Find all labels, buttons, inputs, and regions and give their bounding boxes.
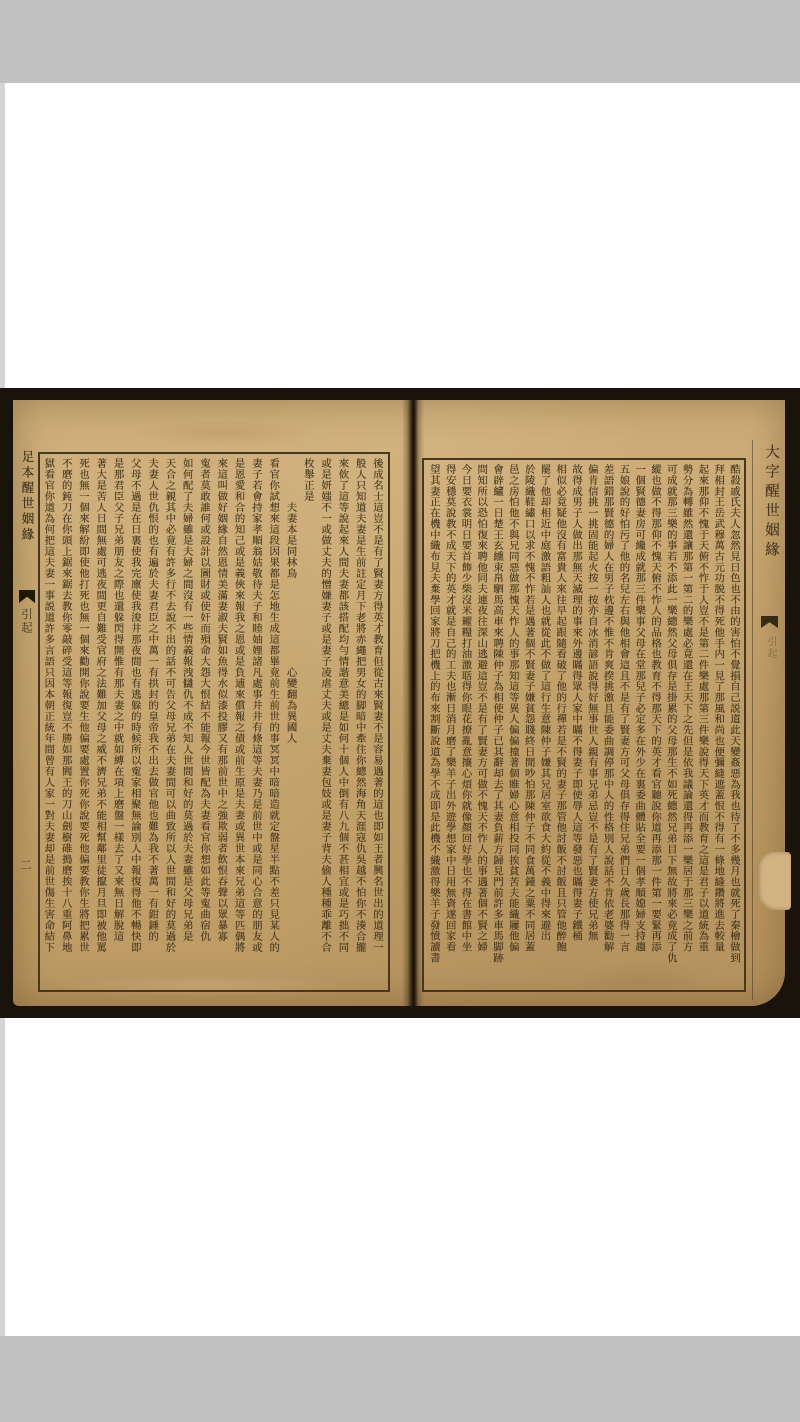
left-page-text: 後成名士這豈不是有了賢妻方得英才教育但從古來賢妻不是容易遇著的這也即如王者興名世…	[43, 458, 385, 986]
text-column: 著大是苦人日間無處可逃夜間更自難受官府之法難加父母之威不濟兄弟不能相幫鄰里徒攛月…	[91, 458, 108, 986]
series-title-right: 大字醒世姻緣	[761, 444, 782, 561]
text-column: 寃者莫敢誰何或設計以圖財或使奸而殞命大怨大恨結不能報今世皆配為夫妻看官你想如此等…	[195, 458, 212, 986]
text-column: 夫妻本是同林鳥 心變翻為異國人	[281, 458, 298, 986]
text-column: 一個賢德妻房可纔成就那三件樂事父母在堂那兒子必定多在外少在裏委曲體貼全要一個孝順…	[630, 464, 646, 986]
text-column: 罷了他却相近中庭激語粗訕人也就從此不做了這行生意陳仲子嫌其兄居室欲食大約從不義中…	[536, 464, 552, 986]
right-folio-column: 大字醒世姻緣 引起	[752, 440, 785, 1000]
chapter-label-right: 引起	[763, 636, 778, 660]
text-column: 來這叫做好姻緣自然恩情美滿妻淑夫賢如魚得水似漆投膠又有那前世中之強欺弱者飲恨吞聲…	[212, 458, 229, 986]
center-gutter-shadow	[402, 400, 424, 1006]
text-column: 可成就那三樂的事若不添此一樂總然父母俱存是掛累的父母那生不如死總然兄弟目下無故將…	[662, 464, 678, 986]
gray-band-top	[0, 0, 800, 83]
text-column: 偏肯信挑一挑固能起火按一按亦自冰消諺語說得好無事世人親有事兄弟忌豈不是有了賢妻方…	[583, 464, 599, 986]
text-column: 妻子若會持家孝順翁姑敬待夫子和睦妯娌諸凡處事井井有條這等夫妻乃是前世中或是同心合…	[247, 458, 264, 986]
text-column: 望其妻正在機中織布見夫棄學回家將刀把機上的布來割斷說道為學不成即是此機不織激得樂…	[425, 464, 441, 986]
page-number: 二	[20, 856, 32, 873]
right-page-frame: 酷殺戚氏夫人忽然見日色也不由的害怕不覺損自己説道此天變姦惡為我也待了不多幾月也就…	[422, 458, 746, 992]
text-column: 是恩愛和合的知己或是義俠來報我之恩或是負逋來償報之債或前生原是夫妻或異世本來兄弟…	[229, 458, 246, 986]
chapter-label-left: 引起	[19, 608, 35, 635]
book-paper: 足本醒世姻緣 引起 二 後成名士這豈不是有了賢妻方得英才教育但從古來賢妻不是容易…	[13, 400, 785, 1006]
paper-tear	[757, 852, 791, 910]
book-scan: 足本醒世姻緣 引起 二 後成名士這豈不是有了賢妻方得英才教育但從古來賢妻不是容易…	[0, 388, 800, 1018]
left-spine-column: 足本醒世姻緣 引起 二	[16, 444, 39, 1004]
text-column: 於陵織鞋繡口以求不愧不怍若是遇著個不賢妻子嫌貧怨賤終日閒吵怕那陳仲子不同食萬鍾之…	[520, 464, 536, 986]
text-column: 起來那仰不愧于天俯不怍于人豈不是第二件樂處那第三件樂說得天下英才而教育之這是君子…	[694, 464, 710, 986]
text-column: 獄看官你道為何把這夫妻一事説道許多言語只因本朝正統年間曾有人家一對夫妻却是前世傷…	[39, 458, 56, 986]
fishtail-mark	[761, 616, 778, 628]
text-column: 或是妍媸不一或做丈夫的憎嫌妻子或是妻子凌虐丈夫或是丈夫棄妻包妓或是妻子背夫偷人種…	[316, 458, 333, 986]
text-column: 父母不過是在日裏使我完廪使我浚井那夜間也有逃躲的時候所以寃家相聚無論別人中報復得…	[126, 458, 143, 986]
text-column: 天合之親其中必竟有許多行不去說不出的話不可告父母兄弟在夫妻間可以曲致所以人世間和…	[160, 458, 177, 986]
text-column: 不磨的鈍刀在你頭上鋸來鋸去教你零敲碎受這等報復豈不勝如那閻王的刀山劍樹碓搗磨挨十…	[56, 458, 73, 986]
text-column: 是那君臣父子兄弟朋友之際也還躲閃得開惟有那夫妻之中就如縛在項上磨盤一樣去了又來無…	[108, 458, 125, 986]
text-column: 來佽了這等說起來人間夫妻都該搭配均勻情諧意美總是如何十個人中倒有八九個不甚相宜或…	[333, 458, 350, 986]
text-column: 酷殺戚氏夫人忽然見日色也不由的害怕不覺損自己説道此天變姦惡為我也待了不多幾月也就…	[725, 464, 741, 986]
text-column: 縱也做不得那仰不愧天俯不怍人的品格也教育不得那天下的英才看官聽說你道再添那一件第…	[646, 464, 662, 986]
text-column: 死也無一個來解紛即使他打死也無一個來勸開你說要生他偏要處置你死你說要死他偏要教你…	[74, 458, 91, 986]
text-column: 如何配了夫婦雖是夫婦之間沒有一些情義報洩讎仇不成不知人世間和好的莫過於夫妻雖是父…	[177, 458, 194, 986]
gray-band-bottom	[0, 1336, 800, 1422]
fishtail-mark	[19, 590, 35, 603]
text-column: 差語錯那賢德的婦人在男子枕邊不惟不肯爽揆挑激且能委曲調停那中人的性格別人說話不肯…	[599, 464, 615, 986]
text-column: 五娘說的好怕污了他的名兒左右與他相會這且不是有了賢妻方可父母俱存得住兄弟們日久歲…	[615, 464, 631, 986]
text-column: 拜相封王岳武穆萬古元功脱不得死他手内一見了那風和尚也便彌縫遮蓋恨不得有一條地縫鑽…	[709, 464, 725, 986]
text-column: 夫妻人世仇恨的也有遍於夫妻君臣之中萬一有拱封的皇帝我不出去做官他也難為我不著萬一…	[143, 458, 160, 986]
text-column: 得安穩莫說教不成天下的英才就是自己的工夫也漸日消月磨了樂羊子出外遊學想家中日用無…	[441, 464, 457, 986]
text-column: 今日要衣裳明日要首飾少柴沒米糴糧打油激聒得你眼花撩亂意攘心煩你就像顏回好學也不得…	[457, 464, 473, 986]
text-column: 後成名士這豈不是有了賢妻方得英才教育但從古來賢妻不是容易遇著的這也即如王者興名世…	[368, 458, 385, 986]
paper-stain	[133, 420, 313, 446]
text-column: 邑之房怕他不與兄同惡做那愧天怍人的事那知這等異人偏偏撞著個睢婦心意相投同挨貧苦夫…	[504, 464, 520, 986]
text-column: 故得成男子人做出那無天滅理的事來外邊瞞得眾人家中瞞不得妻子即使辱人這等發惡也瞞得…	[567, 464, 583, 986]
text-column: 般人只知道夫妻是生前註定月下老將赤繩把男女的脚暗中牽住你總然海角天涯寇仇吳越不怕…	[350, 458, 367, 986]
text-column: 看官你試想來這段因果都是怎地生成這都畢竟前生前世的事冥冥中暗暗造就定盤星半點不差…	[264, 458, 281, 986]
text-column: 枚舉正是	[299, 458, 316, 986]
text-column: 勢分為轉雖然還讓那第一第二的樂處必竟還在王天下之先但是依我議論還得再添一樂居于那…	[678, 464, 694, 986]
text-column: 相似必竟疑他沒有富貴人來往早起跟隨看破了他的行禪若是不賢的妻子那管他討飯不討飯且…	[551, 464, 567, 986]
text-column: 問知所以恐怕復來聘他同夫連夜往深山逃避這豈不是有了賢妻方可做不愧天不怍人的事遇著…	[472, 464, 488, 986]
right-page-text: 酷殺戚氏夫人忽然見日色也不由的害怕不覺損自己説道此天變姦惡為我也待了不多幾月也就…	[427, 464, 741, 986]
series-title-left: 足本醒世姻緣	[18, 450, 36, 543]
text-column: 會辟纑一日楚王玄纁束帛駟馬高車來聘陳仲子為相使仲子已其辭却去了其妻負薪方歸見門前…	[488, 464, 504, 986]
left-page-frame: 後成名士這豈不是有了賢妻方得英才教育但從古來賢妻不是容易遇著的這也即如王者興名世…	[38, 452, 390, 992]
